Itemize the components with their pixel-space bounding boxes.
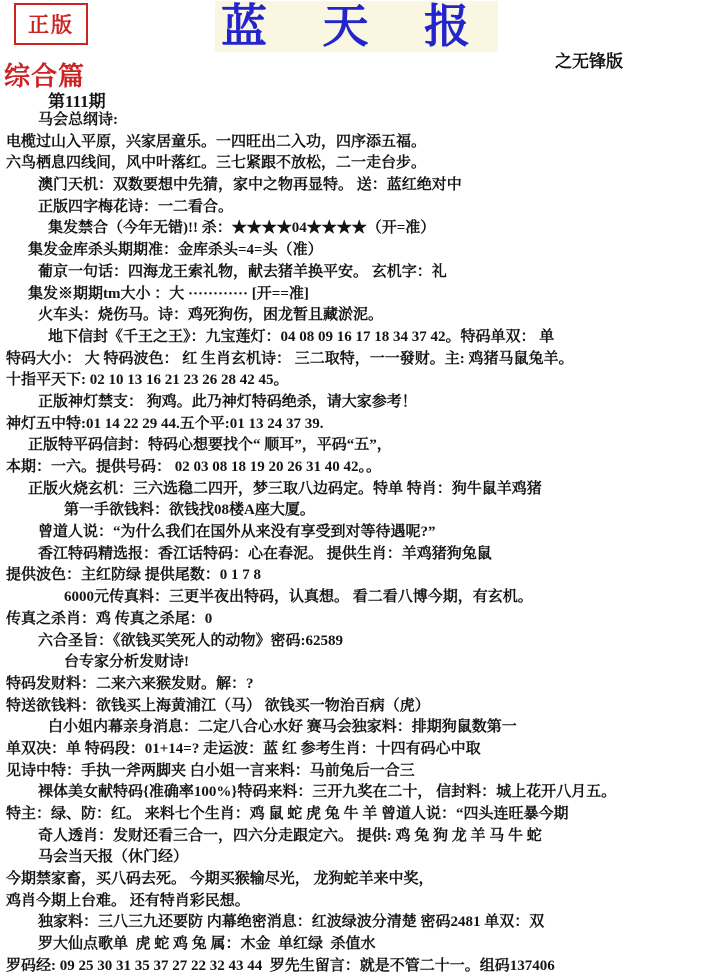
text-line: 见诗中特：手执一斧两脚夹 白小姐一言来料：马前兔后一合三 [0,761,713,783]
text-line: 白小姐内幕亲身消息：二定八合心水好 赛马会独家料：排期狗鼠数第一 [0,717,713,739]
text-line: 曾道人说：“为什么我们在国外从来没有享受到对等待遇呢?” [0,522,713,544]
text-line: 第一手欲钱料：欲钱找08楼A座大厦。 [0,500,713,522]
text-line: 特主：绿、防：红。 来料七个生肖：鸡 鼠 蛇 虎 兔 牛 羊 曾道人说：“四头连… [0,804,713,826]
text-line: 单双决：单 特码段：01+14=? 走运波：蓝 红 参考生肖：十四有码心中取 [0,739,713,761]
text-line: 特送欲钱料：欲钱买上海黄浦江（马） 欲钱买一物治百病（虎） [0,696,713,718]
text-line: 台专家分析发财诗! [0,652,713,674]
text-line: 马会当天报（休门经） [0,847,713,869]
text-line: 提供波色：主红防绿 提供尾数：0 1 7 8 [0,565,713,587]
text-line: 香江特码精选报：香江话特码：心在春泥。 提供生肖：羊鸡猪狗兔鼠 [0,544,713,566]
text-line: 葡京一句话：四海龙王索礼物，献去猪羊换平安。 玄机字：礼 [0,262,713,284]
text-line: 罗大仙点歌单 虎 蛇 鸡 兔 属：木金 单红绿 杀值水 [0,934,713,956]
text-line: 特码大小： 大 特码波色： 红 生肖玄机诗： 三二取特，一一發财。主: 鸡猪马鼠… [0,349,713,371]
edition-label: 之无锋版 [555,47,623,72]
text-line: 正版火烧玄机：三六选稳二四开，梦三取八边码定。特单 特肖：狗牛鼠羊鸡猪 [0,479,713,501]
text-line: 6000元传真料：三更半夜出特码，认真想。 看二看八博今期，有玄机。 [0,587,713,609]
page-title: 蓝 天 报 [0,2,713,53]
text-line: 六鸟栖息四线间，风中叶落红。三七紧跟不放松，二一走台步。 [0,153,713,175]
text-line: 正版特平码信封：特码心想要找个“ 顺耳”，平码“五”， [0,435,713,457]
text-line: 罗码经: 09 25 30 31 35 37 27 22 32 43 44 罗先… [0,956,713,977]
text-line: 澳门天机：双数要想中先猜，家中之物再显特。 送：蓝红绝对中 [0,175,713,197]
text-line: 传真之杀肖：鸡 传真之杀尾：0 [0,609,713,631]
text-line: 六合圣旨：《欲钱买笑死人的动物》密码:62589 [0,631,713,653]
text-line: 集发※期期tm大小 ：大 ············ [开==准] [0,284,713,306]
text-line: 十指平天下: 02 10 13 16 21 23 26 28 42 45。 [0,370,713,392]
text-line: 火车头：烧伤马。诗：鸡死狗伤，困龙暂且藏淤泥。 [0,305,713,327]
text-line: 特码发财料：二来六来猴发财。解：? [0,674,713,696]
text-line: 鸡肖今期上台难。 还有特肖彩民想。 [0,891,713,913]
text-line: 集发金库杀头期期准：金库杀头=4=头（准） [0,240,713,262]
text-line: 本期：一六。提供号码： 02 03 08 18 19 20 26 31 40 4… [0,457,713,479]
text-line: 马会总纲诗: [0,110,713,132]
text-line: 裸体美女献特码{准确率100%}特码来料：三开九奖在二十， 信封料：城上花开八月… [0,782,713,804]
text-line: 正版四字梅花诗：一二看合。 [0,197,713,219]
text-line: 独家料：三八三九还要防 内幕绝密消息：红波绿波分清楚 密码2481 单双：双 [0,912,713,934]
text-line: 今期禁家畜，买八码去死。 今期买猴输尽光， 龙狗蛇羊来中奖， [0,869,713,891]
text-line: 正版神灯禁支： 狗鸡。此乃神灯特码绝杀，请大家参考！ [0,392,713,414]
page-title-text: 蓝 天 报 [215,1,498,52]
text-line: 地下信封《千王之王》：九宝莲灯：04 08 09 16 17 18 34 37 … [0,327,713,349]
text-line: 奇人透肖：发财还看三合一，四六分走跟定六。 提供: 鸡 兔 狗 龙 羊 马 牛 … [0,826,713,848]
text-line: 集发禁合（今年无错)!! 杀：★★★★04★★★★（开=准） [0,218,713,240]
tip-sheet-body: 马会总纲诗: 电榄过山入平原，兴家居童乐。一四旺出二入功，四序添五福。 六鸟栖息… [0,110,713,977]
text-line: 电榄过山入平原，兴家居童乐。一四旺出二入功，四序添五福。 [0,132,713,154]
text-line: 神灯五中特:01 14 22 29 44.五个平:01 13 24 37 39. [0,414,713,436]
issue-number: 第111期 [48,87,106,112]
